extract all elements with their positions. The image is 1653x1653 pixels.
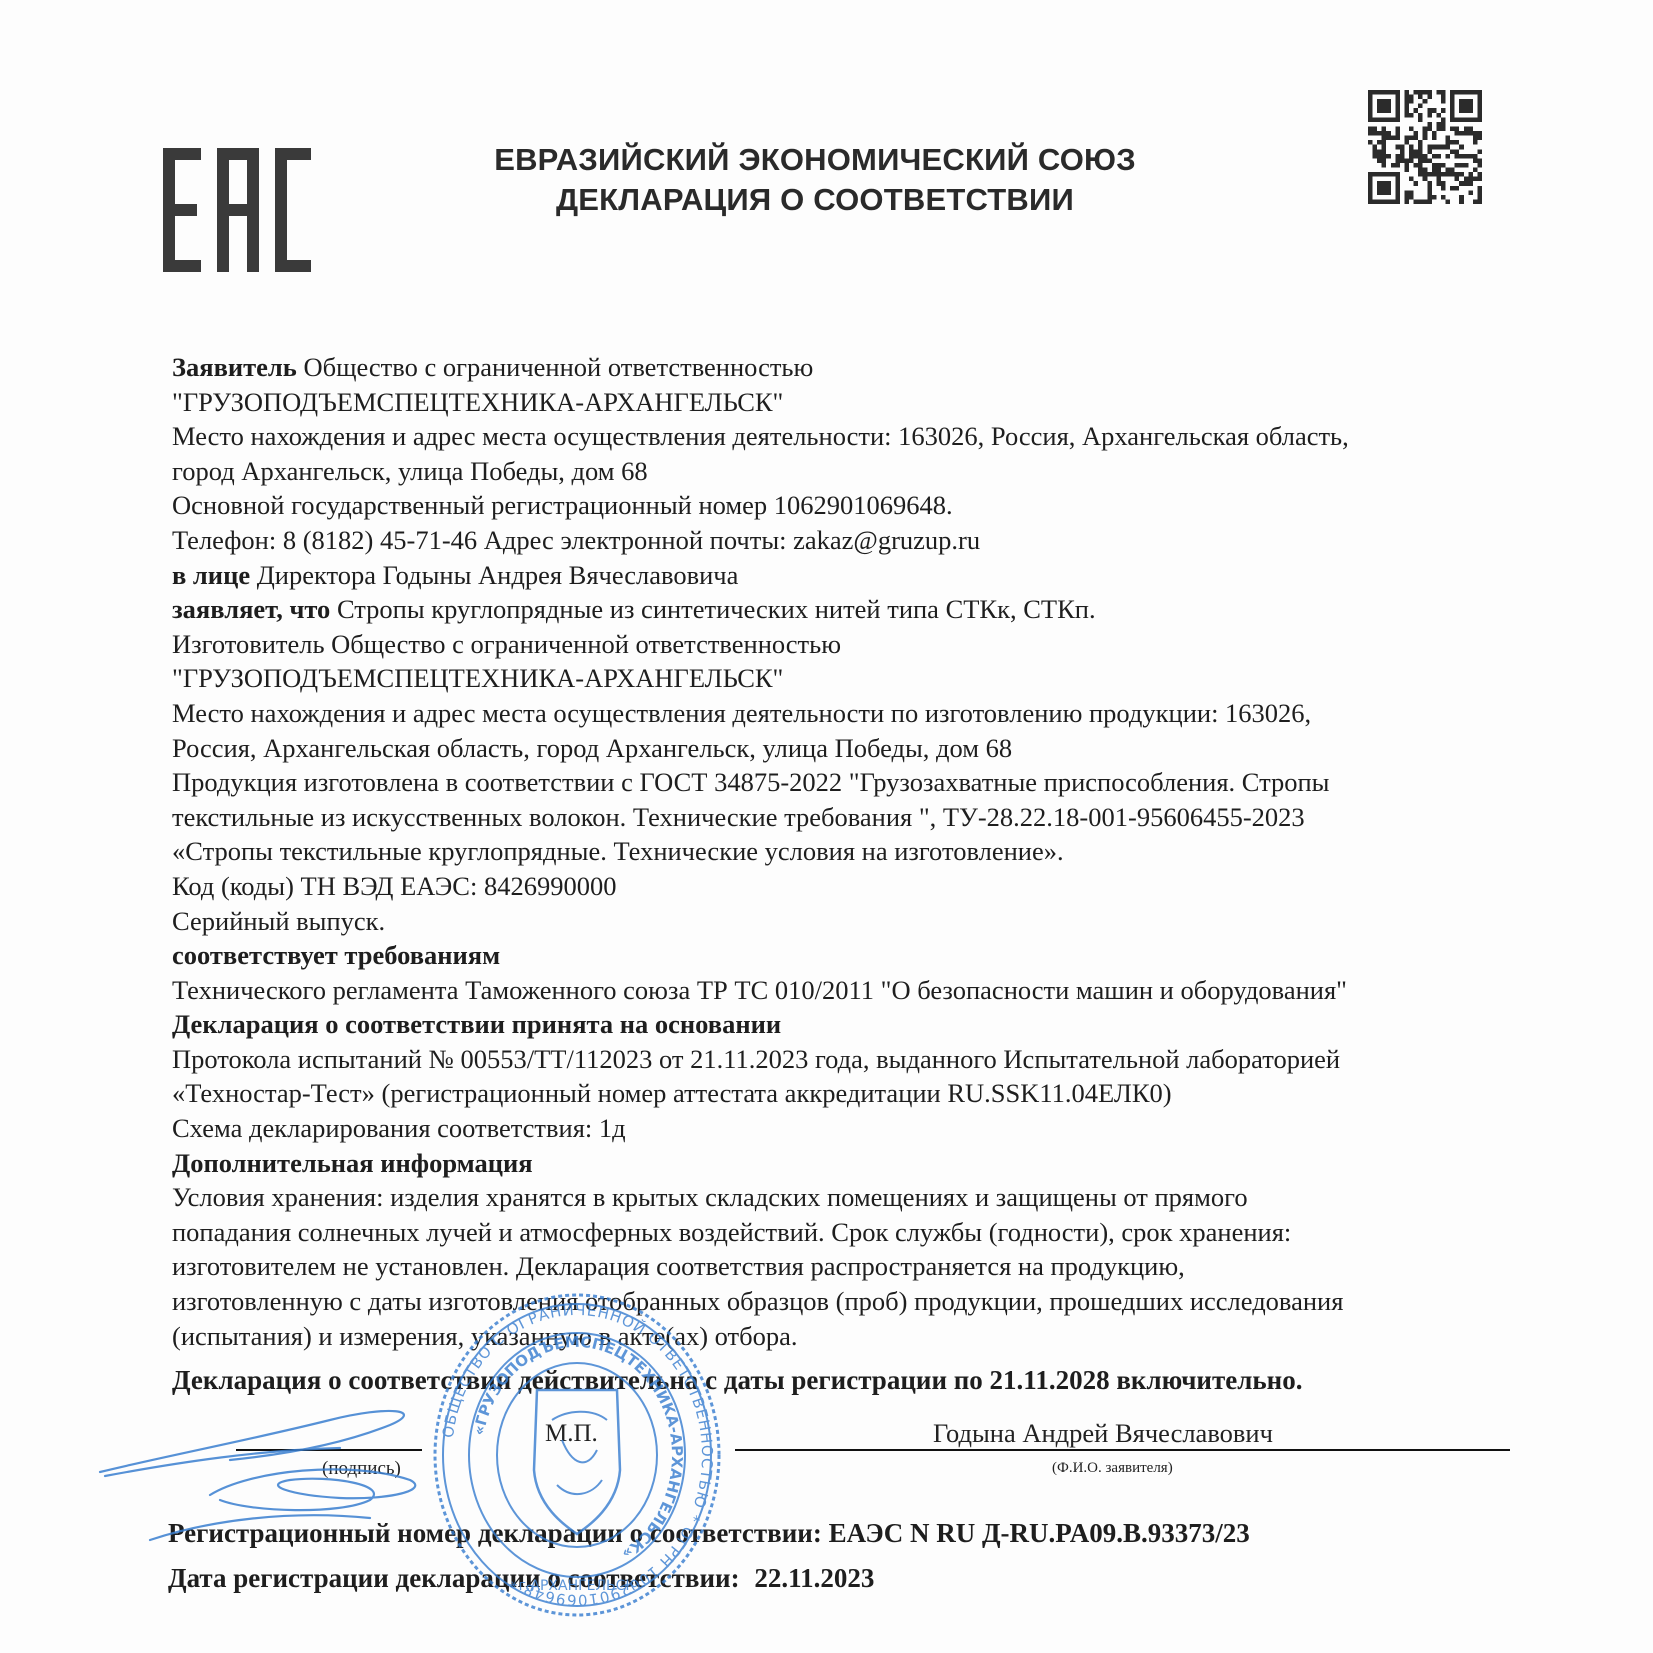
additional-line: изготовленную с даты изготовления отобра…	[172, 1284, 1512, 1319]
manufacturer-address-2: Россия, Архангельская область, город Арх…	[172, 731, 1512, 766]
eac-logo-icon	[163, 148, 311, 272]
applicant-name: "ГРУЗОПОДЪЕМСПЕЦТЕХНИКА-АРХАНГЕЛЬСК"	[172, 385, 1512, 420]
production-type: Серийный выпуск.	[172, 904, 1512, 939]
declaration-page: ЕВРАЗИЙСКИЙ ЭКОНОМИЧЕСКИЙ СОЮЗ ДЕКЛАРАЦИ…	[0, 0, 1653, 1653]
applicant-address-1: Место нахождения и адрес места осуществл…	[172, 419, 1512, 454]
registration-number: ЕАЭС N RU Д-RU.PA09.B.93373/23	[829, 1518, 1250, 1548]
manufacturer-org-form: Общество с ограниченной ответственностью	[331, 629, 841, 659]
name-caption: (Ф.И.О. заявителя)	[1052, 1460, 1173, 1477]
registration-date: 22.11.2023	[754, 1563, 874, 1593]
stamp-city-text: г.АРХАНГЕЛЬСК	[519, 1578, 636, 1594]
additional-line: Условия хранения: изделия хранятся в кры…	[172, 1180, 1512, 1215]
basis-protocol-2: «Техностар-Тест» (регистрационный номер …	[172, 1076, 1512, 1111]
hs-code: Код (коды) ТН ВЭД ЕАЭС: 8426990000	[172, 869, 1512, 904]
declares-label: заявляет, что	[172, 594, 330, 624]
applicant-line: Заявитель Общество с ограниченной ответс…	[172, 350, 1512, 385]
declaration-body: Заявитель Общество с ограниченной ответс…	[172, 350, 1512, 1398]
additional-line: попадания солнечных лучей и атмосферных …	[172, 1215, 1512, 1250]
declares-line: заявляет, что Стропы круглопрядные из си…	[172, 592, 1512, 627]
additional-line: (испытания) и измерения, указанную в акт…	[172, 1319, 1512, 1354]
header-title-union: ЕВРАЗИЙСКИЙ ЭКОНОМИЧЕСКИЙ СОЮЗ	[380, 140, 1250, 180]
handwritten-signature-icon	[90, 1400, 450, 1550]
basis-protocol-1: Протокола испытаний № 00553/ТТ/112023 от…	[172, 1042, 1512, 1077]
name-rule	[735, 1449, 1510, 1451]
applicant-org-form: Общество с ограниченной ответственностью	[303, 352, 813, 382]
declared-product: Стропы круглопрядные из синтетических ни…	[337, 594, 1096, 624]
additional-label: Дополнительная информация	[172, 1146, 1512, 1181]
basis-scheme: Схема декларирования соответствия: 1д	[172, 1111, 1512, 1146]
product-standard-2: текстильные из искусственных волокон. Те…	[172, 800, 1512, 835]
compliance-regulation: Технического регламента Таможенного союз…	[172, 973, 1512, 1008]
header-title-declaration: ДЕКЛАРАЦИЯ О СООТВЕТСТВИИ	[380, 180, 1250, 220]
stamp-inner-text: «ГРУЗОПОДЪЕМСПЕЦТЕХНИКА-АРХАНГЕЛЬСК»	[470, 1333, 686, 1563]
manufacturer-line: Изготовитель Общество с ограниченной отв…	[172, 627, 1512, 662]
svg-text:«ГРУЗОПОДЪЕМСПЕЦТЕХНИКА-АРХАНГ: «ГРУЗОПОДЪЕМСПЕЦТЕХНИКА-АРХАНГЕЛЬСК»	[470, 1333, 686, 1563]
applicant-contacts: Телефон: 8 (8182) 45-71-46 Адрес электро…	[172, 523, 1512, 558]
manufacturer-address-1: Место нахождения и адрес места осуществл…	[172, 696, 1512, 731]
product-standard-1: Продукция изготовлена в соответствии с Г…	[172, 765, 1512, 800]
represented-line: в лице Директора Годыны Андрея Вячеславо…	[172, 558, 1512, 593]
signer-name: Годына Андрей Вячеславович	[933, 1418, 1273, 1449]
validity-statement: Декларация о соответствии действительна …	[172, 1363, 1512, 1398]
compliance-label: соответствует требованиям	[172, 938, 1512, 973]
manufacturer-name: "ГРУЗОПОДЪЕМСПЕЦТЕХНИКА-АРХАНГЕЛЬСК"	[172, 661, 1512, 696]
qr-code-icon[interactable]	[1368, 90, 1482, 204]
represented-by: Директора Годыны Андрея Вячеславовича	[257, 560, 739, 590]
document-header: ЕВРАЗИЙСКИЙ ЭКОНОМИЧЕСКИЙ СОЮЗ ДЕКЛАРАЦИ…	[380, 140, 1250, 220]
represented-label: в лице	[172, 560, 250, 590]
applicant-label: Заявитель	[172, 352, 297, 382]
company-seal-stamp-icon: ОБЩЕСТВО С ОГРАНИЧЕННОЙ ОТВЕТСТВЕННОСТЬЮ…	[432, 1290, 722, 1620]
manufacturer-label: Изготовитель	[172, 629, 325, 659]
applicant-ogrn: Основной государственный регистрационный…	[172, 488, 1512, 523]
product-standard-3: «Стропы текстильные круглопрядные. Техни…	[172, 834, 1512, 869]
applicant-address-2: город Архангельск, улица Победы, дом 68	[172, 454, 1512, 489]
basis-label: Декларация о соответствии принята на осн…	[172, 1007, 1512, 1042]
additional-line: изготовителем не установлен. Декларация …	[172, 1249, 1512, 1284]
